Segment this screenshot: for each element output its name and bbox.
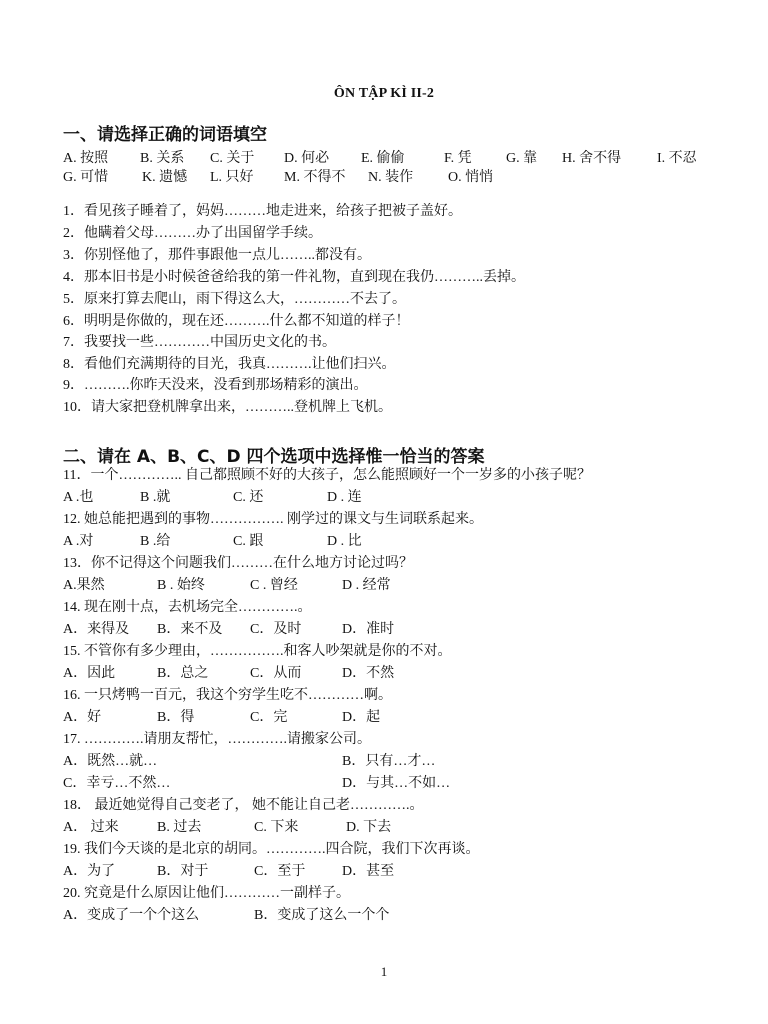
word-bank-item: G. 靠 [506, 147, 537, 167]
option-c: C. 下来 [254, 818, 298, 838]
mc-question-16: 16. 一只烤鸭一百元，我这个穷学生吃不…………啊。 [63, 686, 392, 706]
section-2-heading: 二、请在 A、B、C、D 四个选项中选择惟一恰当的答案 [63, 442, 485, 467]
mc-question-15: 15. 不管你有多少理由，…………….和客人吵架就是你的不对。 [63, 642, 452, 662]
option-a: A．来得及 [63, 620, 129, 640]
option-b: B . 始终 [157, 576, 205, 596]
mc-options-11: A .也 B .就 C. 还 D . 连 [63, 488, 703, 508]
fill-question-2: 2．他瞒着父母………办了出国留学手续。 [63, 224, 322, 244]
mc-options-19: A．为了 B．对于 C．至于 D．甚至 [63, 862, 703, 882]
mc-question-18: 18． 最近她觉得自己变老了， 她不能让自己老………….。 [63, 796, 424, 816]
option-d: D . 比 [327, 532, 362, 552]
option-d: D．起 [342, 708, 380, 728]
option-c: C．及时 [250, 620, 301, 640]
option-a: A .对 [63, 532, 93, 552]
word-bank-item: M. 不得不 [284, 166, 345, 186]
document-title: ÔN TẬP KÌ II-2 [0, 86, 768, 102]
mc-options-18: A． 过来 B. 过去 C. 下来 D. 下去 [63, 818, 703, 838]
fill-question-7: 7．我要找一些…………中国历史文化的书。 [63, 333, 336, 353]
fill-question-9: 9．……….你昨天没来，没看到那场精彩的演出。 [63, 376, 368, 396]
option-b: B．来不及 [157, 620, 222, 640]
mc-question-14: 14. 现在刚十点，去机场完全………….。 [63, 598, 312, 618]
word-bank-item: E. 偷偷 [361, 147, 405, 167]
option-a: A．为了 [63, 862, 115, 882]
option-b: B．总之 [157, 664, 208, 684]
mc-question-17: 17. ………….请朋友帮忙，………….请搬家公司。 [63, 730, 371, 750]
fill-question-10: 10．请大家把登机牌拿出来，………..登机牌上飞机。 [63, 398, 392, 418]
word-bank-item: B. 关系 [140, 147, 184, 167]
option-d: D. 下去 [346, 818, 391, 838]
option-d: D . 连 [327, 488, 362, 508]
option-c: C．完 [250, 708, 287, 728]
option-c: C. 跟 [233, 532, 263, 552]
fill-question-1: 1．看见孩子睡着了，妈妈………地走进来，给孩子把被子盖好。 [63, 202, 462, 222]
section-1-heading: 一、请选择正确的词语填空 [63, 120, 267, 145]
option-c: C . 曾经 [250, 576, 298, 596]
fill-question-5: 5．原来打算去爬山，雨下得这么大，…………不去了。 [63, 290, 406, 310]
mc-question-19: 19. 我们今天谈的是北京的胡同。………….四合院，我们下次再谈。 [63, 840, 480, 860]
option-a: A .也 [63, 488, 93, 508]
option-b: B .就 [140, 488, 170, 508]
mc-options-14: A．来得及 B．来不及 C．及时 D．准时 [63, 620, 703, 640]
word-bank-item: A. 按照 [63, 147, 108, 167]
fill-question-8: 8．看他们充满期待的目光，我真……….让他们扫兴。 [63, 355, 396, 375]
document-page: ÔN TẬP KÌ II-2 一、请选择正确的词语填空 A. 按照 B. 关系 … [0, 0, 768, 1024]
mc-question-20: 20. 究竟是什么原因让他们…………一副样子。 [63, 884, 350, 904]
option-c: C. 还 [233, 488, 263, 508]
fill-question-6: 6．明明是你做的，现在还……….什么都不知道的样子！ [63, 312, 410, 332]
word-bank-item: K. 遗憾 [142, 166, 187, 186]
option-b: B．变成了这么一个个 [254, 906, 389, 926]
page-number: 1 [0, 964, 768, 980]
word-bank-item: I. 不忍 [657, 147, 697, 167]
word-bank-item: C. 关于 [210, 147, 254, 167]
mc-options-12: A .对 B .给 C. 跟 D . 比 [63, 532, 703, 552]
option-c: C．幸亏…不然… [63, 774, 170, 794]
word-bank-item: N. 装作 [368, 166, 413, 186]
option-d: D．与其…不如… [342, 774, 450, 794]
option-d: D．甚至 [342, 862, 394, 882]
mc-options-17-row-1: A．既然…就… B．只有…才… [63, 752, 703, 772]
option-b: B. 过去 [157, 818, 201, 838]
option-a: A．变成了一个个这么 [63, 906, 199, 926]
fill-question-4: 4．那本旧书是小时候爸爸给我的第一件礼物，直到现在我仍………..丢掉。 [63, 268, 525, 288]
option-c: C．从而 [250, 664, 301, 684]
mc-question-13: 13．你不记得这个问题我们………在什么地方讨论过吗？ [63, 554, 413, 574]
word-bank-item: D. 何必 [284, 147, 329, 167]
word-bank-item: O. 悄悄 [448, 166, 493, 186]
option-b: B．只有…才… [342, 752, 435, 772]
word-bank-item: H. 舍不得 [562, 147, 621, 167]
mc-options-17-row-2: C．幸亏…不然… D．与其…不如… [63, 774, 703, 794]
option-a: A． 过来 [63, 818, 119, 838]
option-a: A.果然 [63, 576, 105, 596]
mc-question-11: 11．一个………….. 自己都照顾不好的大孩子，怎么能照顾好一个一岁多的小孩子呢… [63, 466, 591, 486]
mc-options-16: A．好 B．得 C．完 D．起 [63, 708, 703, 728]
mc-options-13: A.果然 B . 始终 C . 曾经 D . 经常 [63, 576, 703, 596]
option-d: D . 经常 [342, 576, 391, 596]
option-b: B．对于 [157, 862, 208, 882]
word-bank-item: G. 可惜 [63, 166, 108, 186]
mc-options-15: A．因此 B．总之 C．从而 D．不然 [63, 664, 703, 684]
fill-question-3: 3．你别怪他了，那件事跟他一点儿……..都没有。 [63, 246, 371, 266]
word-bank-item: L. 只好 [210, 166, 254, 186]
mc-question-12: 12. 她总能把遇到的事物……………. 刚学过的课文与生词联系起来。 [63, 510, 483, 530]
mc-options-20: A．变成了一个个这么 B．变成了这么一个个 [63, 906, 703, 926]
word-bank-item: F. 凭 [444, 147, 472, 167]
option-d: D．不然 [342, 664, 394, 684]
option-a: A．既然…就… [63, 752, 157, 772]
option-c: C．至于 [254, 862, 305, 882]
option-a: A．好 [63, 708, 101, 728]
option-b: B .给 [140, 532, 170, 552]
option-d: D．准时 [342, 620, 394, 640]
option-b: B．得 [157, 708, 194, 728]
option-a: A．因此 [63, 664, 115, 684]
